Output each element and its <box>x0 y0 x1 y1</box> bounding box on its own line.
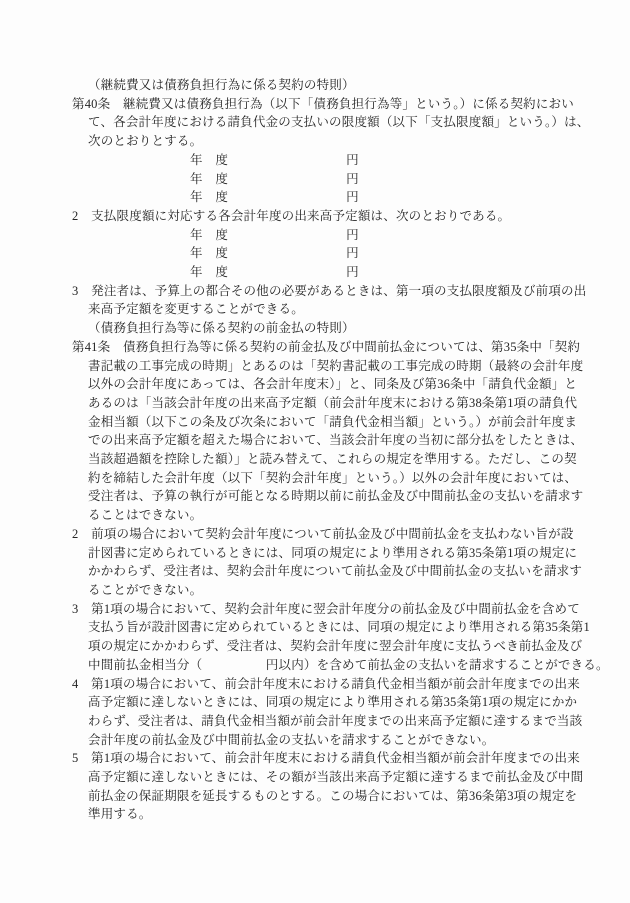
continuation-line: て、各会計年度における請負代金の支払いの限度額（以下「支払限度額」という。）は、 <box>72 113 606 132</box>
continuation-line: 金相当額（以下この条及び次条において「請負代金相当額」という。）が前会計年度ま <box>72 413 606 432</box>
continuation-line: 高予定額に達しないときには、その額が当該出来高予定額に達するまで前払金及び中間 <box>72 768 606 787</box>
continuation-line: 次のとおりとする。 <box>72 132 606 151</box>
yen-label: 円 <box>346 226 359 245</box>
continuation-line: 準用する。 <box>72 805 606 824</box>
continuation-line: 約を締結した会計年度（以下「契約会計年度」という。）以外の会計年度においては、 <box>72 469 606 488</box>
fiscal-year-amount-row: 年 度円 <box>72 263 606 282</box>
yen-label: 円 <box>346 244 359 263</box>
continuation-line: 受注者は、予算の執行が可能となる時期以前に前払金及び中間前払金の支払いを請求す <box>72 487 606 506</box>
continuation-line: かかわらず、受注者は、契約会計年度について前払金及び中間前払金の支払いを請求す <box>72 562 606 581</box>
item-line: 2 前項の場合において契約会計年度について前払金及び中間前払金を支払わない旨が設 <box>72 525 606 544</box>
fiscal-year-amount-row: 年 度円 <box>72 170 606 189</box>
continuation-line: ることはできない。 <box>72 506 606 525</box>
fiscal-year-label: 年 度 <box>190 190 228 204</box>
item-line: 3 発注者は、予算上の都合その他の必要があるときは、第一項の支払限度額及び前項の… <box>72 282 606 301</box>
section-heading: （債務負担行為等に係る契約の前金払の特則） <box>72 319 606 338</box>
fiscal-year-label: 年 度 <box>190 153 228 167</box>
document-page: （継続費又は債務負担行為に係る契約の特則）第40条 継続費又は債務負担行為（以下… <box>0 0 630 903</box>
fiscal-year-amount-row: 年 度円 <box>72 244 606 263</box>
continuation-line: 支払う旨が設計図書に定められているときには、同項の規定により準用される第35条第… <box>72 618 606 637</box>
continuation-line: 高予定額に達しないときには、同項の規定により準用される第35条第1項の規定にかか <box>72 693 606 712</box>
item-line: 5 第1項の場合において、前会計年度末における請負代金相当額が前会計年度までの出… <box>72 749 606 768</box>
item-line: 3 第1項の場合において、契約会計年度に翌会計年度分の前払金及び中間前払金を含め… <box>72 600 606 619</box>
fiscal-year-label: 年 度 <box>190 228 228 242</box>
continuation-line: 当該超過額を控除した額）」と読み替えて、これらの規定を準用する。ただし、この契 <box>72 450 606 469</box>
document-body: （継続費又は債務負担行為に係る契約の特則）第40条 継続費又は債務負担行為（以下… <box>72 76 606 824</box>
yen-label: 円 <box>346 170 359 189</box>
continuation-line: 以外の会計年度にあっては、各会計年度末）」と、同条及び第36条中「請負代金額」と <box>72 375 606 394</box>
fiscal-year-amount-row: 年 度円 <box>72 188 606 207</box>
continuation-line: わらず、受注者は、請負代金相当額が前会計年度までの出来高予定額に達するまで当該 <box>72 712 606 731</box>
section-heading: （継続費又は債務負担行為に係る契約の特則） <box>72 76 606 95</box>
continuation-line: 中間前払金相当分（ 円以内）を含めて前払金の支払いを請求することができる。 <box>72 656 606 675</box>
yen-label: 円 <box>346 151 359 170</box>
continuation-line: 来高予定額を変更することができる。 <box>72 300 606 319</box>
continuation-line: 書記載の工事完成の時期」とあるのは「契約書記載の工事完成の時期（最終の会計年度 <box>72 357 606 376</box>
fiscal-year-label: 年 度 <box>190 172 228 186</box>
fiscal-year-label: 年 度 <box>190 265 228 279</box>
continuation-line: 計図書に定められているときには、同項の規定により準用される第35条第1項の規定に <box>72 544 606 563</box>
fiscal-year-amount-row: 年 度円 <box>72 151 606 170</box>
fiscal-year-amount-row: 年 度円 <box>72 226 606 245</box>
yen-label: 円 <box>346 263 359 282</box>
fiscal-year-label: 年 度 <box>190 246 228 260</box>
continuation-line: 会計年度の前払金及び中間前払金の支払いを請求することができない。 <box>72 731 606 750</box>
continuation-line: 項の規定にかかわらず、受注者は、契約会計年度に翌会計年度に支払うべき前払金及び <box>72 637 606 656</box>
continuation-line: 前払金の保証期限を延長するものとする。この場合においては、第36条第3項の規定を <box>72 787 606 806</box>
continuation-line: での出来高予定額を超えた場合において、当該会計年度の当初に部分払をしたときは、 <box>72 431 606 450</box>
article-line: 第41条 債務負担行為等に係る契約の前金払及び中間前払金については、第35条中「… <box>72 338 606 357</box>
continuation-line: ることができない。 <box>72 581 606 600</box>
article-line: 第40条 継続費又は債務負担行為（以下「債務負担行為等」という。）に係る契約にお… <box>72 95 606 114</box>
yen-label: 円 <box>346 188 359 207</box>
item-line: 4 第1項の場合において、前会計年度末における請負代金相当額が前会計年度までの出… <box>72 675 606 694</box>
continuation-line: あるのは「当該会計年度の出来高予定額（前会計年度末における第38条第1項の請負代 <box>72 394 606 413</box>
item-line: 2 支払限度額に対応する各会計年度の出来高予定額は、次のとおりである。 <box>72 207 606 226</box>
